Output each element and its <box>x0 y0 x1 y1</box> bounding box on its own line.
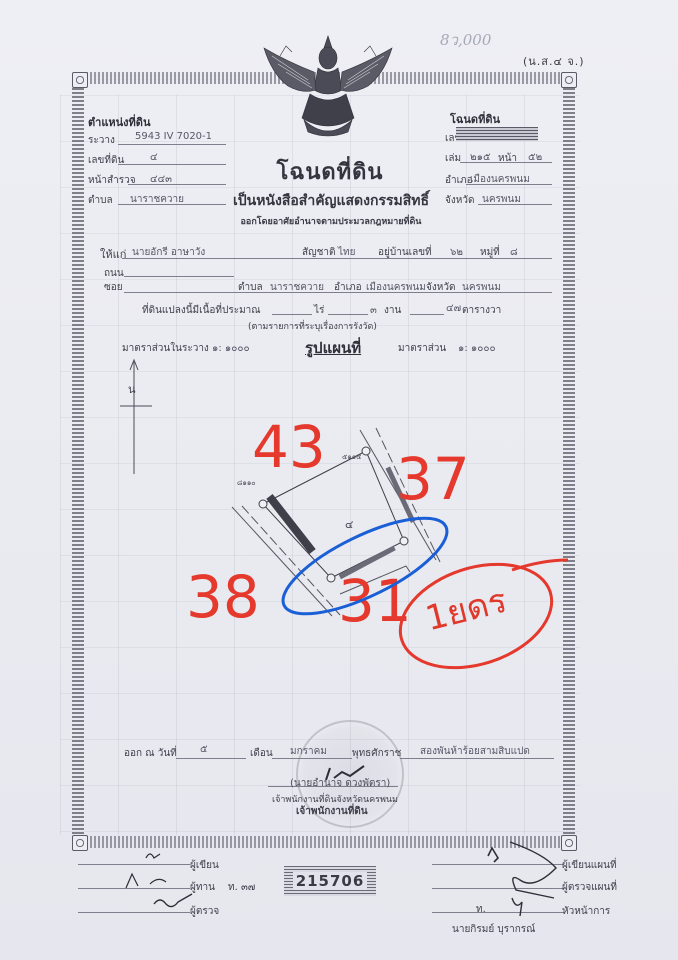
sq-wa-unit: ตารางวา <box>462 303 501 318</box>
official-title-2: เจ้าพนักงานที่ดิน <box>296 804 368 819</box>
corner-ornament-icon <box>561 72 577 88</box>
given-to-label: ให้แก่ <box>100 245 126 263</box>
official-name: (นายอำนาจ ดวงพัตรา) <box>290 776 390 791</box>
map-title: รูปแผนที่ <box>305 336 361 360</box>
corner-label-top: ๕๑๑๕ <box>342 452 361 463</box>
map-sheet-value: 5943 IV 7020-1 <box>135 131 212 142</box>
road-label: ถนน <box>104 266 124 281</box>
deed-section-title: โฉนดที่ดิน <box>450 110 500 128</box>
province-label: จังหวัด <box>445 193 474 208</box>
footer-left-signatures <box>110 848 200 920</box>
form-reference: ท. ๓๗ <box>228 880 255 895</box>
map-sheet-label: ระวาง <box>88 133 115 148</box>
deed-title: โฉนดที่ดิน <box>252 154 408 189</box>
parcel-no-value: ๔ <box>150 150 158 165</box>
corner-ornament-icon <box>72 72 88 88</box>
issued-by-text: ออกโดยอาศัยอำนาจตามประมวลกฎหมายที่ดิน <box>226 214 436 228</box>
annotation-number-37: 37 <box>396 450 470 508</box>
deed-subtitle: เป็นหนังสือสำคัญแสดงกรรมสิทธิ์ <box>226 190 436 212</box>
survey-page-label: หน้าสำรวจ <box>88 173 136 188</box>
issued-day-value: ๕ <box>200 742 208 757</box>
tambon-label: ตำบล <box>88 193 113 208</box>
sheet-scale-value: ๑: ๑๐๐๐ <box>212 341 250 356</box>
garuda-emblem-icon <box>258 34 398 142</box>
issued-on-label: ออก ณ วันที่ <box>124 746 177 761</box>
rai-unit: ไร่ <box>314 303 324 318</box>
soi-label: ซอย <box>104 280 123 295</box>
year-value: สองพันห้าร้อยสามสิบแปด <box>420 744 530 759</box>
right-signatory-name: นายกิรมย์ บุรากรณ์ <box>452 922 535 937</box>
page-label: หน้า <box>498 151 517 166</box>
document-page: 8ว,000 (น.ส.๔ จ.) ตำแหน่งที่ดิน ระวาง 59… <box>0 0 678 960</box>
corner-ornament-icon <box>72 835 88 851</box>
location-section-title: ตำแหน่งที่ดิน <box>88 113 150 131</box>
handwritten-note: 8ว,000 <box>440 28 491 52</box>
footer-right-signatures <box>464 840 574 920</box>
month-label: เดือน <box>250 746 273 761</box>
map-scale-value: ๑: ๑๐๐๐ <box>458 341 496 356</box>
ngan-value: ๓ <box>370 303 377 318</box>
serial-number-box: 215706 <box>284 866 376 896</box>
left-border-band <box>72 88 84 834</box>
sq-wa-value: ๔๗ <box>446 301 461 316</box>
annotation-number-38: 38 <box>186 568 260 626</box>
map-scale-label: มาตราส่วน <box>398 341 446 356</box>
area-label: ที่ดินแปลงนี้มีเนื้อที่ประมาณ <box>142 303 261 318</box>
annotation-number-43: 43 <box>252 418 326 476</box>
north-arrow-icon <box>118 358 158 478</box>
ngan-unit: งาน <box>384 303 401 318</box>
serial-number: 215706 <box>293 872 368 890</box>
parcel-no-label: เลขที่ดิน <box>88 153 124 168</box>
sheet-scale-label: มาตราส่วนในระวาง <box>122 341 209 356</box>
form-code: (น.ส.๔ จ.) <box>523 52 585 70</box>
deed-no-redacted <box>456 127 538 141</box>
north-label: น <box>128 380 136 398</box>
amphoe-label: อำเภอ <box>445 173 473 188</box>
area-note: (ตามรายการที่ระบุเรื่องการรังวัด) <box>248 319 377 333</box>
volume-label: เล่ม <box>445 151 461 166</box>
